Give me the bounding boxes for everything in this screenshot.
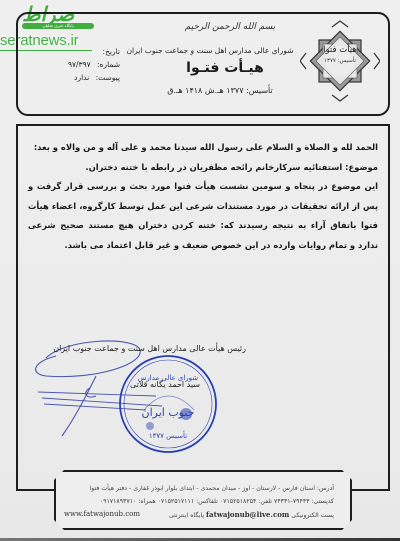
number-row: شماره: ۹۷/۳۹۷ <box>58 58 120 71</box>
bismillah-calligraphy: بسم الله الرحمن الرحیم <box>175 22 285 32</box>
official-stamp-icon: شورای عالی مدارس جنوب ایران تأسیس ۱۳۷۷ <box>116 352 220 456</box>
svg-text:شورای عالی مدارس: شورای عالی مدارس <box>138 374 198 382</box>
subject-text: استفتائیه سرکارخانم رائحه مظفریان در راب… <box>85 162 342 172</box>
organization-name: شورای عالی مدارس اهل سنت و جماعت جنوب ای… <box>120 46 300 55</box>
emblem-subtitle: تأسیس: ۱۳۷۷ <box>300 58 380 64</box>
email-link[interactable]: fatwajonub@live.com <box>206 510 289 519</box>
email-group: پست الکترونیکی fatwajonub@live.com پایگا… <box>169 508 334 522</box>
letter-page: صراط پایگاه خبری تحلیلی seratnews.ir بسم… <box>0 0 400 541</box>
number-value: ۹۷/۳۹۷ <box>68 60 91 69</box>
body-frame-edge <box>352 489 390 491</box>
footer-address: آدرس: استان فارس - لارستان - اوز - میدان… <box>64 482 334 495</box>
letter-meta: تاریخ: شماره: ۹۷/۳۹۷ پیوست: ندارد <box>58 45 120 84</box>
website-link[interactable]: www.fatwajonub.com <box>64 508 140 522</box>
website-label: پایگاه اینترنتی <box>169 512 204 519</box>
number-label: شماره: <box>97 60 120 69</box>
footer-contact: آدرس: استان فارس - لارستان - اوز - میدان… <box>54 470 352 530</box>
email-label: پست الکترونیکی <box>291 512 334 519</box>
body-frame-edge <box>16 489 54 491</box>
subject-label: موضوع: <box>345 162 378 172</box>
emblem-title: هیأت فتوا <box>300 45 380 55</box>
subject-line: موضوع: استفتائیه سرکارخانم رائحه مظفریان… <box>28 158 378 178</box>
emblem-label: هیأت فتوا تأسیس: ۱۳۷۷ <box>300 45 380 64</box>
letter-body: الحمد لله و الصلاة و السلام علی رسول الل… <box>28 138 378 255</box>
svg-text:تأسیس ۱۳۷۷: تأسیس ۱۳۷۷ <box>149 430 187 440</box>
board-title: هیـأت فتـوا <box>175 60 275 76</box>
footer-phones: کدپستی: ۷۹۴۴۳-۷۴۳۳۱ تلفن: ۰۷۱۵۲۵۱۸۲۵۴ تل… <box>64 495 334 508</box>
footer-web: پست الکترونیکی fatwajonub@live.com پایگا… <box>64 508 334 522</box>
date-row: تاریخ: <box>58 45 120 58</box>
attachment-value: ندارد <box>74 73 89 82</box>
attachment-label: پیوست: <box>96 73 120 82</box>
founded-date: تأسیس: ۱۳۷۷ هـ.ش ۱۴۱۸ هـ.ق <box>140 86 300 95</box>
opening-salutation: الحمد لله و الصلاة و السلام علی رسول الل… <box>28 138 378 158</box>
ruling-paragraph: این موضوع در پنجاه و سومین نشست هیأت فتو… <box>28 177 378 255</box>
attachment-row: پیوست: ندارد <box>58 71 120 84</box>
date-label: تاریخ: <box>103 47 120 56</box>
